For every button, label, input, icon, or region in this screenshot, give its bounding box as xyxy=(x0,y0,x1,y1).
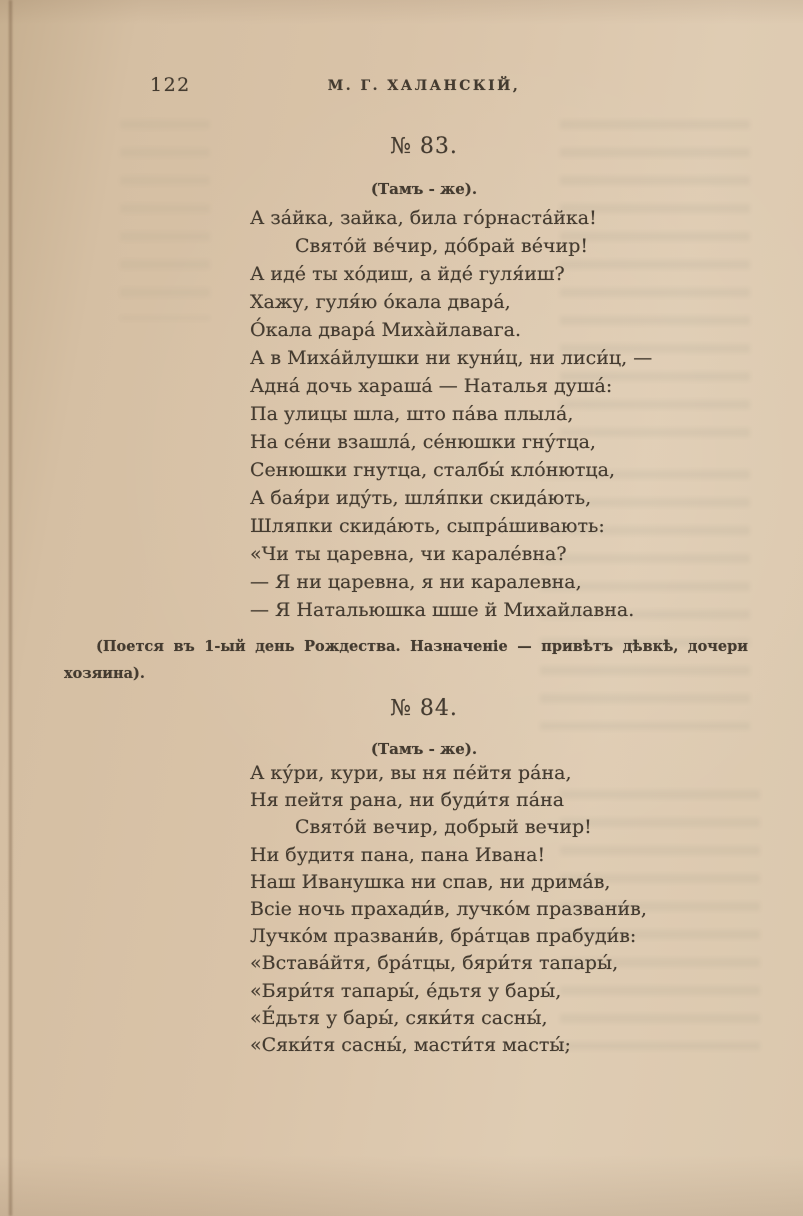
scanned-book-page: 122 М. Г. ХАЛАНСКІЙ, № 83. (Тамъ - же). … xyxy=(0,0,803,1216)
poem-line: Хажу, гуля́ю о́кала двара́, xyxy=(250,288,652,316)
poem-line: Шляпки скида́ють, сыпра́шивають: xyxy=(250,512,652,540)
poem-line: Ни будитя пана, пана Ивана! xyxy=(250,842,647,869)
poem-line: «Сяки́тя сасны́, масти́тя масты́; xyxy=(250,1032,647,1059)
song-83-footnote: (Поется въ 1-ый день Рождества. Назначен… xyxy=(64,633,748,687)
poem-line: «Бяри́тя тапары́, е́дьтя у бары́, xyxy=(250,978,647,1005)
footnote-line: (Поется въ 1-ый день Рождества. Назначен… xyxy=(64,633,748,660)
poem-line: Сенюшки гнутца, сталбы́ кло́нютца, xyxy=(250,456,652,484)
poem-line: Всіе ночь прахади́в, лучко́м празвани́в, xyxy=(250,896,647,923)
poem-line: Свято́й вечир, добрый вечир! xyxy=(250,814,647,841)
poem-line: О́кала двара́ Миха̀йлавага. xyxy=(250,316,652,344)
footnote-line: хозяина). xyxy=(64,660,748,687)
poem-line: А ку́ри, кури, вы ня пе́йтя ра́на, xyxy=(250,760,647,787)
page-binding-edge xyxy=(0,0,30,1216)
poem-line: А иде́ ты хо́диш, а йде́ гуля́иш? xyxy=(250,260,652,288)
song-83-source-label: (Тамъ - же). xyxy=(95,180,753,198)
poem-line: «Е́дьтя у бары́, сяки́тя сасны́, xyxy=(250,1005,647,1032)
song-84-heading: № 84. xyxy=(95,696,753,721)
poem-line: Наш Иванушка ни спав, ни дрима́в, xyxy=(250,869,647,896)
poem-line: «Встава́йтя, бра́тцы, бяри́тя тапары́, xyxy=(250,950,647,977)
poem-line: «Чи ты царевна, чи карале́вна? xyxy=(250,540,652,568)
poem-line: — Я Натальюшка шше й Михайлавна. xyxy=(250,596,652,624)
poem-line: — Я ни царевна, я ни каралевна, xyxy=(250,568,652,596)
poem-line: Ня пейтя рана, ни буди́тя па́на xyxy=(250,787,647,814)
poem-line: На се́ни взашла́, се́нюшки гну́тца, xyxy=(250,428,652,456)
song-84-text: А ку́ри, кури, вы ня пе́йтя ра́на,Ня пей… xyxy=(250,760,647,1059)
running-header: М. Г. ХАЛАНСКІЙ, xyxy=(95,78,753,94)
song-83-heading: № 83. xyxy=(95,134,753,159)
poem-line: А бая́ри иду́ть, шля́пки скида́ють, xyxy=(250,484,652,512)
poem-line: А в Миха́йлушки ни куни́ц, ни лиси́ц, — xyxy=(250,344,652,372)
poem-line: Лучко́м празвани́в, бра́тцав прабуди́в: xyxy=(250,923,647,950)
poem-line: Па улицы шла, што па́ва плыла́, xyxy=(250,400,652,428)
poem-line: Адна́ дочь хараша́ — Наталья душа́: xyxy=(250,372,652,400)
song-83-text: А за́йка, зайка, била го́рнаста́йка!Свят… xyxy=(250,204,652,624)
song-84-source-label: (Тамъ - же). xyxy=(95,740,753,758)
poem-line: А за́йка, зайка, била го́рнаста́йка! xyxy=(250,204,652,232)
poem-line: Свято́й ве́чир, до́брай ве́чир! xyxy=(250,232,652,260)
